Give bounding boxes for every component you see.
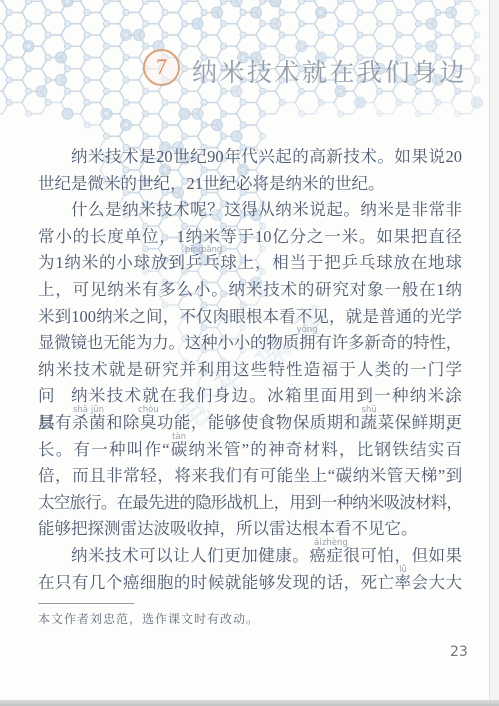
text-segment: 很可怕，但如果 [343,546,462,565]
footnote-divider [38,603,134,604]
text-segment: 和除 [106,413,140,432]
text-segment: 上，可见纳米有多么小。纳米技术的研究对象一般在1纳 [38,280,462,299]
text-line: 能够把探测雷达波吸收掉，所以雷达根本看不见它。 [38,516,462,543]
text-segment: 功能，能够使食物保质期和 [157,413,361,432]
text-segment: 米到100纳米之间，不仅肉眼根本看不见，就是普通的光学 [38,307,462,326]
annotated-char: 癌ái [309,546,326,565]
pinyin-annotation: jūn [91,406,104,415]
text-line: 长。有一种叫作“碳tàn纳米管”的神奇材料，比钢铁结实百 [38,437,462,464]
lesson-number-badge: 7 [143,49,180,86]
text-segment: 纳米管”的神奇材料，比钢铁结实百 [189,440,462,459]
text-segment: 长。有一种叫作“ [38,440,170,459]
lesson-number: 7 [156,54,167,79]
text-segment: 显微镜也无能为力。这种小小的物质 [38,333,299,352]
annotated-char: 拥yōng [299,333,315,352]
annotated-char: 菌jūn [89,413,106,432]
text-segment: 球上，相当于把乒乓球放在地球 [220,253,462,272]
text-line: 什么是纳米技术呢？这得从纳米说起。纳米是非常非 [38,197,462,224]
annotated-char: 率lǜ [395,573,412,592]
page-number: 23 [450,644,468,660]
page-edge-bottom [0,700,499,706]
text-line: 纳米技术就是研究并利用这些特性造福于人类的一门学问。 [38,357,462,384]
text-line: 常小的长度单位，1纳米等于10亿分之一米。如果把直径 [38,224,462,251]
annotated-char: 杀shā [72,413,89,432]
text-segment: 纳米技术是20世纪90年代兴起的高新技术。如果说20 [71,147,462,166]
text-segment: 常小的长度单位，1纳米等于10亿分之一米。如果把直径 [38,227,462,246]
pinyin-annotation: tàn [172,433,186,442]
text-line: 纳米技术是20世纪90年代兴起的高新技术。如果说20 [38,144,462,171]
lesson-text: 纳米技术是20世纪90年代兴起的高新技术。如果说20世纪是微米的世纪，21世纪必… [38,144,462,596]
annotated-char: 蔬shū [361,413,378,432]
text-segment: 具有 [38,413,72,432]
footnote: 本文作者刘忠范，选作课文时有改动。 [38,610,259,627]
text-line: 显微镜也无能为力。这种小小的物质拥yōng有许多新奇的特性， [38,330,462,357]
text-line: 为1纳米的小球放到乒pīng乓pāng球上，相当于把乒乓球放在地球 [38,250,462,277]
text-segment: 菜保鲜期更 [378,413,462,432]
page-edge-right [489,0,499,706]
text-line: 具有杀shā菌jūn和除臭chòu功能，能够使食物保质期和蔬shū菜保鲜期更 [38,410,462,437]
textbook-page: 电子课本 7 纳米技术就在我们身边 纳米技术是20世纪90年代兴起的高新技术。如… [0,0,499,706]
lesson-title: 纳米技术就在我们身边 [192,53,467,89]
annotated-char: 碳tàn [170,440,189,459]
pinyin-annotation: ái [314,539,322,548]
text-line: 在只有几个癌细胞的时候就能够发现的话，死亡率lǜ会大大 [38,570,462,597]
pinyin-annotation: shā [73,406,88,415]
text-line: 米到100纳米之间，不仅肉眼根本看不见，就是普通的光学 [38,304,462,331]
text-segment: 能够把探测雷达波吸收掉，所以雷达根本看不见它。 [38,519,418,538]
annotated-char: 臭chòu [140,413,157,432]
text-segment: 为1纳米的小球放到 [38,253,186,272]
text-line: 倍，而且非常轻，将来我们有可能坐上“碳纳米管天梯”到 [38,463,462,490]
text-line: 太空旅行。在最先进的隐形战机上，用到一种纳米吸波材料， [38,490,462,517]
annotated-char: 症zhèng [326,546,343,565]
pinyin-annotation: chòu [138,406,159,415]
text-segment: 倍，而且非常轻，将来我们有可能坐上“碳纳米管天梯”到 [38,466,462,485]
text-segment: 在只有几个癌细胞的时候就能够发现的话，死亡 [38,573,395,592]
annotated-char: 乓pāng [203,253,220,272]
text-segment: 纳米技术可以让人们更加健康。 [71,546,309,565]
text-segment: 世纪是微米的世纪，21世纪必将是纳米的世纪。 [38,174,385,193]
text-line: 上，可见纳米有多么小。纳米技术的研究对象一般在1纳 [38,277,462,304]
text-line: 世纪是微米的世纪，21世纪必将是纳米的世纪。 [38,171,462,198]
pinyin-annotation: lǜ [399,566,407,575]
text-segment: 什么是纳米技术呢？这得从纳米说起。纳米是非常非 [71,200,462,219]
text-segment: 太空旅行。在最先进的隐形战机上，用到一种纳米吸波材料， [38,493,462,512]
pinyin-annotation: shū [362,406,377,415]
text-segment: 会大大 [412,573,462,592]
annotated-char: 乒pīng [186,253,203,272]
text-segment: 有许多新奇的特性， [315,333,462,352]
